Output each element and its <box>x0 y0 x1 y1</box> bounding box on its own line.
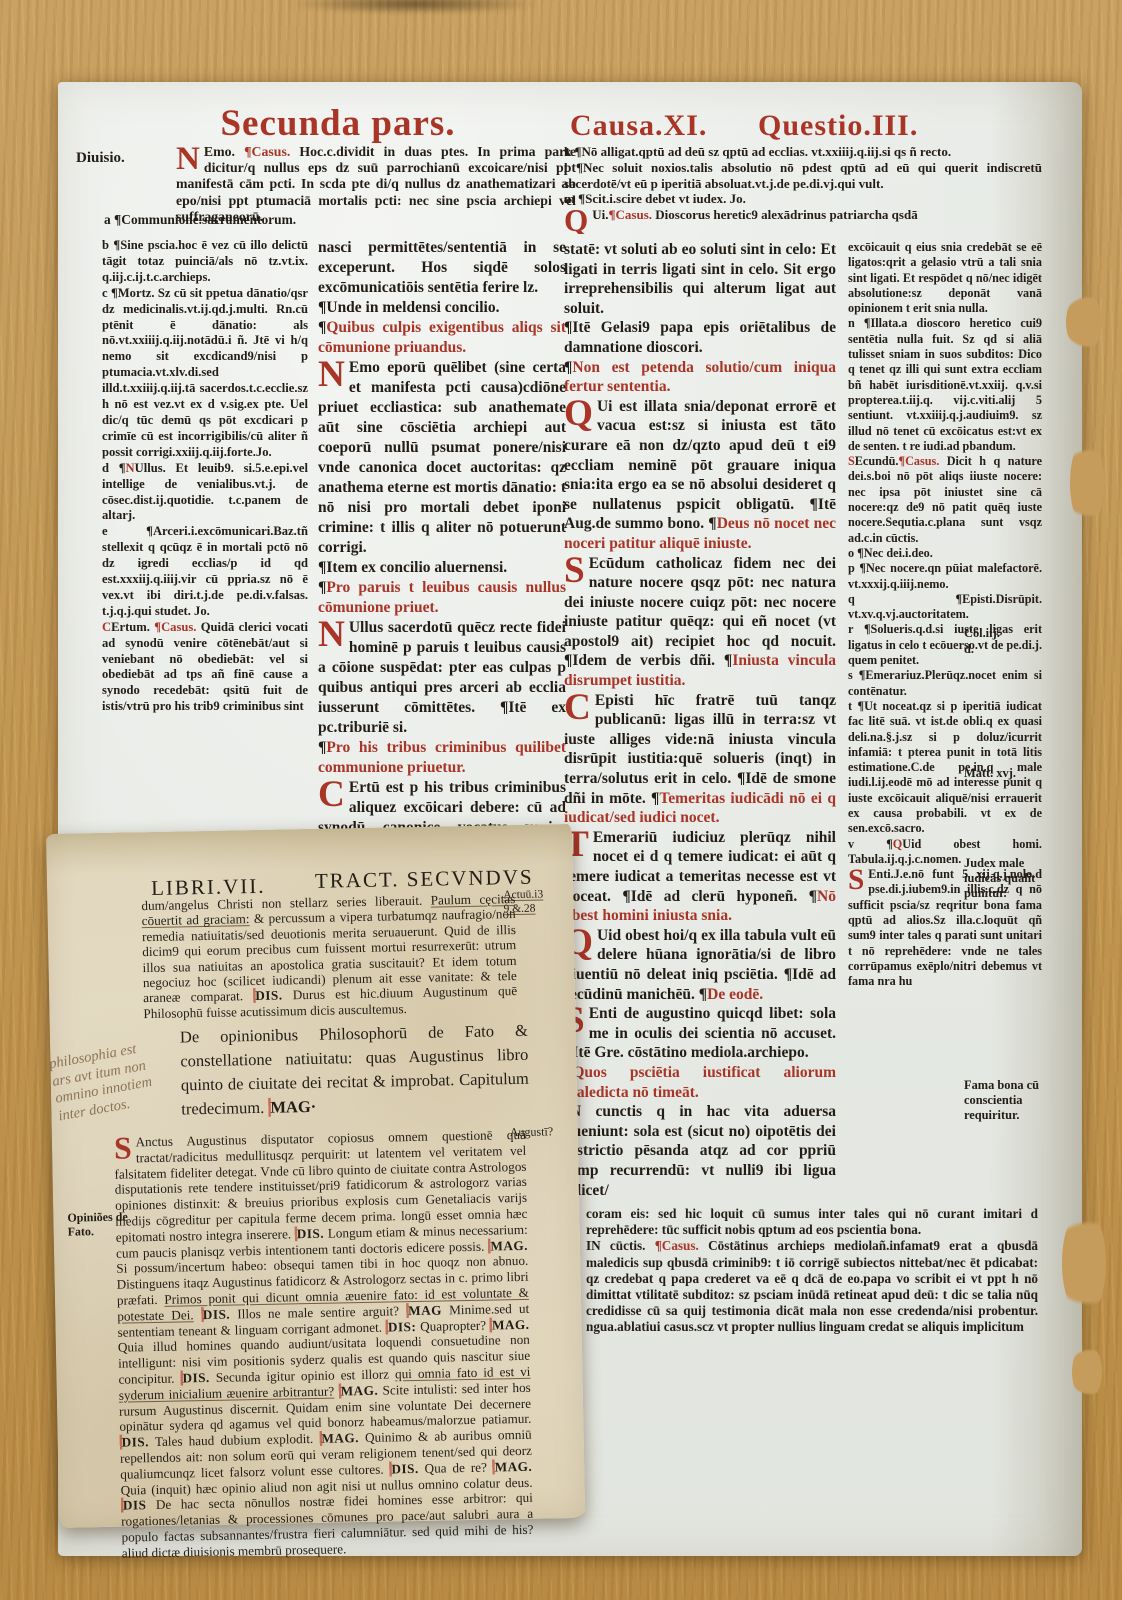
rubricated-text: ¶Casus. <box>244 144 299 159</box>
overlaid-small-leaf: LIBRI.VII. TRACT. SECVNDVS Actuū.i3 9.&.… <box>46 824 585 1528</box>
text-paragraph: SAnctus Augustinus disputator copiosus o… <box>114 1127 534 1561</box>
text-paragraph: c ¶Mortz. Sz cū sit ppetua dānatio/qsr d… <box>102 286 308 461</box>
body-text: MAG <box>406 1302 442 1318</box>
text-paragraph: ¶Unde in meldensi concilio. <box>318 298 566 318</box>
left-text-block: b ¶Sine pscia.hoc ē vez cū illo delictū … <box>102 238 566 838</box>
drop-cap-initial: C <box>318 778 349 809</box>
text-paragraph: NEmo eporū quēlibet (sine certa et manif… <box>318 358 566 558</box>
text-paragraph: dum/angelus Christi non stellarz series … <box>141 891 517 1021</box>
text-paragraph: IN cūctis. ¶Casus. Cōstātinus archieps m… <box>586 1238 1038 1335</box>
rubricated-text: ¶Casus. <box>154 620 200 634</box>
drop-cap-initial: N <box>176 144 204 172</box>
far-margin-judex: Judex male iudicās qualit punitur. <box>964 856 1042 901</box>
text-paragraph: nasci permittētes/sententiā in se excepe… <box>318 238 566 298</box>
text-paragraph: TEmerariū iudiciuz plerūqz nihil nocet e… <box>564 828 836 926</box>
body-text: Dioscorus heretic9 alexādrinus patriarch… <box>652 207 918 222</box>
text-paragraph: m ¶Scit.i.scire debet vt iudex. Jo. <box>564 191 1042 207</box>
body-text: MAG· <box>268 1097 316 1117</box>
right-gloss-bottom: coram eis: sed hic loquit cū sumus inter… <box>586 1206 1038 1336</box>
body-text: Ui est illata snia/deponat errorē et vac… <box>564 398 836 533</box>
rubricated-text: Pro his tribus criminibus quilibet commu… <box>318 739 566 776</box>
body-text: s ¶Emerariuz.Plerūqz.nocet enim si contē… <box>848 668 1042 697</box>
text-paragraph: p ¶Nec nocere.qn pūiat malefactorē. vt.x… <box>848 561 1042 592</box>
body-text: c ¶Mortz. Sz cū sit ppetua dānatio/qsr d… <box>102 286 308 459</box>
body-text: DIS. <box>201 1306 231 1322</box>
body-text: b ¶Sine pscia.hoc ē vez cū illo delictū … <box>102 238 308 284</box>
body-text: Enti de augustino quicqd libet: sola me … <box>564 1005 836 1061</box>
text-paragraph: QUi est illata snia/deponat errorē et va… <box>564 397 836 554</box>
text-paragraph: ¶Non est petenda solutio/cum iniqua fert… <box>564 358 836 397</box>
text-paragraph: coram eis: sed hic loquit cū sumus inter… <box>586 1206 1038 1238</box>
drop-cap-initial: Q <box>564 397 597 428</box>
body-text: Ertum. <box>111 620 154 634</box>
body-text: p ¶Nec nocere.qn pūiat malefactorē. vt.x… <box>848 561 1042 590</box>
body-text: Ullus sacerdotū quēcz recte fidei hominē… <box>318 619 566 736</box>
drop-cap-initial: S <box>848 867 868 892</box>
margin-note-augustinus: Augustī? <box>510 1124 554 1140</box>
drop-cap-initial: S <box>564 554 589 585</box>
text-paragraph: e ¶Arceri.i.excōmunicari.Baz.tñ stellexi… <box>102 524 308 619</box>
right-gloss-column: excōicauit q eius snia credebāt se eē li… <box>848 240 1042 1202</box>
small-leaf-paragraph-1: dum/angelus Christi non stellarz series … <box>141 891 517 1021</box>
drop-cap-initial: N <box>318 358 349 389</box>
body-text: MAG. <box>493 1459 533 1475</box>
body-text: ¶Item ex concilio aluernensi. <box>318 559 507 576</box>
margin-note-divisio: Diuisio. <box>76 150 125 167</box>
torn-edge-notch <box>1066 292 1102 352</box>
text-paragraph: q ¶Episti.Disrūpit. vt.xv.q.vj.auctorita… <box>848 592 1042 623</box>
small-leaf-paragraph-2: SAnctus Augustinus disputator copiosus o… <box>114 1127 534 1561</box>
body-text: Emo. <box>204 144 244 159</box>
body-text: excōicauit q eius snia credebāt se eē li… <box>848 240 1042 315</box>
rubricated-text: ¶Casus. <box>609 207 653 222</box>
far-margin-d: d. <box>964 642 1042 657</box>
body-text: Qua de re? <box>419 1459 493 1475</box>
right-gloss-top: k ¶Nō alligat.qptū ad deū sz qptū ad ecc… <box>564 144 1042 234</box>
drop-cap-initial: Q <box>564 207 592 233</box>
text-paragraph: ¶Pro paruis t leuibus causis nullus cōmu… <box>318 578 566 618</box>
body-text: l ¶Nec soluit noxios.talis absolutio nō … <box>564 160 1042 191</box>
rubricated-text: C <box>102 620 111 634</box>
body-text: Emo eporū quēlibet (sine certa et manife… <box>318 359 566 556</box>
text-paragraph: SEcundū.¶Casus. Dicit h q nature dei.s.b… <box>848 454 1042 546</box>
text-paragraph: statē: vt soluti ab eo soluti sint in ce… <box>564 240 836 318</box>
body-text: q ¶Episti.Disrūpit. vt.xv.q.vj.auctorita… <box>848 592 1042 621</box>
body-text: m ¶Scit.i.scire debet vt iudex. Jo. <box>564 191 746 206</box>
body-text: Uid obest hoi/q ex illa tabula vult eū d… <box>564 927 836 1003</box>
rubricated-text: N <box>126 461 135 475</box>
text-paragraph: CEpisti hīc fratrē tuū tanqz publicanū: … <box>564 691 836 828</box>
torn-edge-notch <box>1070 438 1104 528</box>
far-margin-matt-xvj: Matt. xvj. <box>964 766 1042 781</box>
margin-note-opiniones-de-fato: Opiniões de Fato. <box>67 1210 130 1238</box>
text-paragraph: SEnti de augustino quicqd libet: sola me… <box>564 1004 836 1063</box>
text-paragraph: n ¶Illata.a dioscoro heretico cui9 sentē… <box>848 316 1042 454</box>
right-text-block: statē: vt soluti ab eo soluti sint in ce… <box>564 240 1042 1202</box>
text-paragraph: b ¶Sine pscia.hoc ē vez cū illo delictū … <box>102 238 308 286</box>
body-text: Ecundū. <box>855 454 899 468</box>
running-title-questio: Questio.III. <box>758 109 918 143</box>
text-paragraph: QUi.¶Casus. Dioscorus heretic9 alexādrin… <box>564 207 1042 223</box>
body-text: DIS. <box>180 1370 210 1386</box>
rubricated-text: Quos psciētia iustificat aliorum maledic… <box>564 1064 836 1101</box>
running-title-causa: Causa.XI. <box>570 109 707 143</box>
left-gloss-column: b ¶Sine pscia.hoc ē vez cū illo delictū … <box>102 238 308 838</box>
body-text <box>193 1307 200 1322</box>
body-text: De hac secta nōnullos nostræ fidei homin… <box>121 1490 534 1560</box>
left-main-column: nasci permittētes/sententiā in se excepe… <box>318 238 566 838</box>
rubricated-text: Pro paruis t leuibus causis nullus cōmun… <box>318 579 566 616</box>
torn-edge-notch <box>1072 1344 1102 1400</box>
text-paragraph: s ¶Emerariuz.Plerūqz.nocet enim si contē… <box>848 668 1042 699</box>
text-paragraph: d ¶NUllus. Et leuib9. si.5.e.epi.vel int… <box>102 461 308 525</box>
rubricated-text: S <box>848 454 855 468</box>
wood-table-background: Secunda pars. Causa.XI. Questio.III. Diu… <box>0 0 1122 1600</box>
far-margin-fama: Fama bona cū conscientia requiritur. <box>964 1078 1042 1123</box>
body-text: Ui. <box>592 207 608 222</box>
drop-cap-initial: N <box>318 618 349 649</box>
body-text: DIS. <box>389 1461 419 1477</box>
body-text: MAG. <box>319 1430 359 1446</box>
text-paragraph: NUllus sacerdotū quēcz recte fidei homin… <box>318 618 566 738</box>
right-main-column: statē: vt soluti ab eo soluti sint in ce… <box>564 240 836 1202</box>
body-text: DIS. <box>120 1434 150 1450</box>
body-text: DIS. <box>295 1226 325 1242</box>
rubricated-text: Q <box>893 837 902 851</box>
text-paragraph: CErtum. ¶Casus. Quidā clerici vocati ad … <box>102 620 308 715</box>
body-text: IN cunctis q in hac vita aduersa pueniun… <box>564 1103 836 1198</box>
body-text: k ¶Nō alligat.qptū ad deū sz qptū ad ecc… <box>564 144 951 159</box>
rubricated-text: De eodē. <box>707 986 763 1003</box>
body-text: n ¶Illata.a dioscoro heretico cui9 sentē… <box>848 316 1042 452</box>
body-text: DIS <box>121 1498 147 1513</box>
body-text: a ¶Communione.sacramentorum. <box>104 212 296 227</box>
body-text: MAG. <box>338 1382 378 1398</box>
text-paragraph: excōicauit q eius snia credebāt se eē li… <box>848 240 1042 316</box>
text-paragraph: QUid obest hoi/q ex illa tabula vult eū … <box>564 926 836 1004</box>
body-text: nasci permittētes/sententiā in se excepe… <box>318 239 566 296</box>
rubricated-text: Non est petenda solutio/cum iniqua fertu… <box>564 359 836 396</box>
running-title-secunda-pars: Secunda pars. <box>210 102 466 145</box>
rubricated-text: ¶Casus. <box>655 1238 699 1253</box>
body-text: MAG. <box>490 1316 530 1332</box>
text-paragraph: ¶Item ex concilio aluernensi. <box>318 558 566 578</box>
body-text: v ¶ <box>848 837 893 851</box>
text-paragraph: a ¶Communione.sacramentorum. <box>104 212 534 228</box>
left-gloss-line-a: a ¶Communione.sacramentorum. <box>104 212 534 228</box>
text-paragraph: IN cunctis q in hac vita aduersa pueniun… <box>564 1102 836 1200</box>
body-text: ¶Unde in meldensi concilio. <box>318 299 499 316</box>
body-text: Emerariū iudiciuz plerūqz nihil nocet ei… <box>564 829 836 905</box>
text-paragraph: l ¶Nec soluit noxios.talis absolutio nō … <box>564 160 1042 192</box>
body-text: Quapropter? <box>416 1317 490 1333</box>
wood-stain <box>290 0 540 14</box>
body-text: MAG. <box>488 1237 528 1253</box>
body-text: ¶Itē Gelasi9 papa epis oriētalibus de da… <box>564 319 836 356</box>
rubricated-text: ¶Casus. <box>898 454 939 468</box>
far-margin-col-iij: Col.iij. <box>964 626 1042 641</box>
text-paragraph: ¶Pro his tribus criminibus quilibet comm… <box>318 738 566 778</box>
text-paragraph: ¶Quibus culpis exigentibus aliqs sit cōm… <box>318 318 566 358</box>
text-paragraph: k ¶Nō alligat.qptū ad deū sz qptū ad ecc… <box>564 144 1042 160</box>
body-text: coram eis: sed hic loquit cū sumus inter… <box>586 1206 1038 1237</box>
body-text: DIS: <box>386 1319 417 1335</box>
body-text: o ¶Nec dei.i.deo. <box>848 546 933 560</box>
body-text: statē: vt soluti ab eo soluti sint in ce… <box>564 241 836 317</box>
body-text: d ¶ <box>102 461 126 475</box>
body-text: IN cūctis. <box>586 1238 655 1253</box>
body-text: DIS. <box>253 988 283 1004</box>
small-leaf-title-tract: TRACT. SECVNDVS <box>315 865 534 894</box>
text-paragraph: ¶Quos psciētia iustificat aliorum maledi… <box>564 1063 836 1102</box>
text-paragraph: SEcūdum catholicaz fidem nec dei nature … <box>564 554 836 691</box>
drop-cap-initial: S <box>114 1134 136 1161</box>
text-paragraph: ¶Itē Gelasi9 papa epis oriētalibus de da… <box>564 318 836 357</box>
body-text: e ¶Arceri.i.excōmunicari.Baz.tñ stellexi… <box>102 524 308 618</box>
rubricated-text: Quibus culpis exigentibus aliqs sit cōmu… <box>318 319 566 356</box>
text-paragraph: o ¶Nec dei.i.deo. <box>848 546 1042 561</box>
torn-edge-notch <box>1062 1208 1106 1318</box>
drop-cap-initial: C <box>564 691 595 722</box>
